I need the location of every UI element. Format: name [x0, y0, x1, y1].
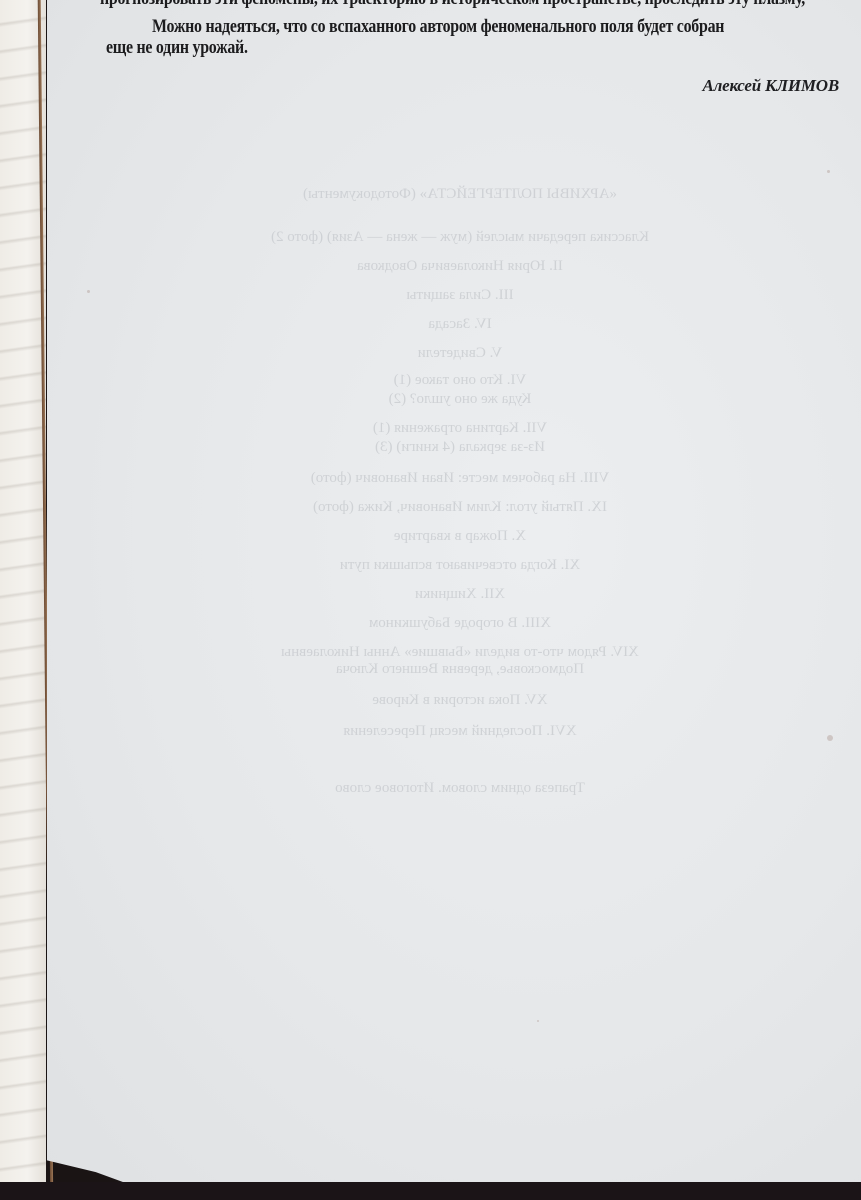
- show-through-line: VI. Кто оно такое (1): [150, 372, 770, 389]
- show-through-line: XII. Хищники: [150, 586, 770, 603]
- show-through-line: XVI. Последний месяц Переселения: [150, 723, 770, 740]
- show-through-line: XIII. В огороде Бабушкином: [150, 615, 770, 632]
- show-through-line: XI. Когда отсвечивают вспышки пути: [150, 557, 770, 574]
- body-line-paragraph-start: Можно надеяться, что со вспаханного авто…: [152, 17, 857, 38]
- show-through-line: «АРХИВЫ ПОЛТЕРГЕЙСТА» (Фотодокументы): [150, 186, 770, 203]
- show-through-line: XV. Пока история в Кирове: [150, 692, 770, 709]
- show-through-line: VIII. На рабочем месте: Иван Иванович (ф…: [150, 470, 770, 487]
- show-through-line: Из-за зеркала (4 книги) (3): [150, 439, 770, 456]
- show-through-line: Подмосковье, деревня Вешнего Ключа: [150, 661, 770, 678]
- paper-speck: [537, 1020, 539, 1022]
- author-signature: Алексей КЛИМОВ: [703, 76, 840, 96]
- show-through-line: II. Юрия Николаевича Оводкова: [150, 258, 770, 275]
- show-through-line: VII. Картина отражения (1): [150, 420, 770, 437]
- show-through-line: X. Пожар в квартире: [150, 528, 770, 545]
- show-through-line: Классика передачи мыслей (муж — жена — А…: [150, 229, 770, 246]
- paper-speck: [827, 735, 833, 741]
- show-through-line: IX. Пятый угол: Клим Иванович, Кижа (фот…: [150, 499, 770, 516]
- paper-speck: [87, 290, 90, 293]
- table-surface: [0, 1182, 861, 1200]
- paper-speck: [827, 170, 830, 173]
- body-line-final: еще не один урожай.: [106, 38, 861, 59]
- show-through-line: V. Свидетели: [150, 345, 770, 362]
- show-through-line: IV. Засада: [150, 316, 770, 333]
- show-through-line: XIV. Рядом что-то видели «Бывшие» Анны Н…: [150, 644, 770, 661]
- show-through-line: Трапеза одним словом. Итоговое слово: [150, 780, 770, 797]
- show-through-line: III. Сила защиты: [150, 287, 770, 304]
- body-line-cropped: прогнозировать эти феномены, их траектор…: [100, 0, 857, 10]
- reverse-side-show-through: «АРХИВЫ ПОЛТЕРГЕЙСТА» (Фотодокументы) Кл…: [150, 180, 770, 797]
- show-through-line: Куда же оно ушло? (2): [150, 391, 770, 408]
